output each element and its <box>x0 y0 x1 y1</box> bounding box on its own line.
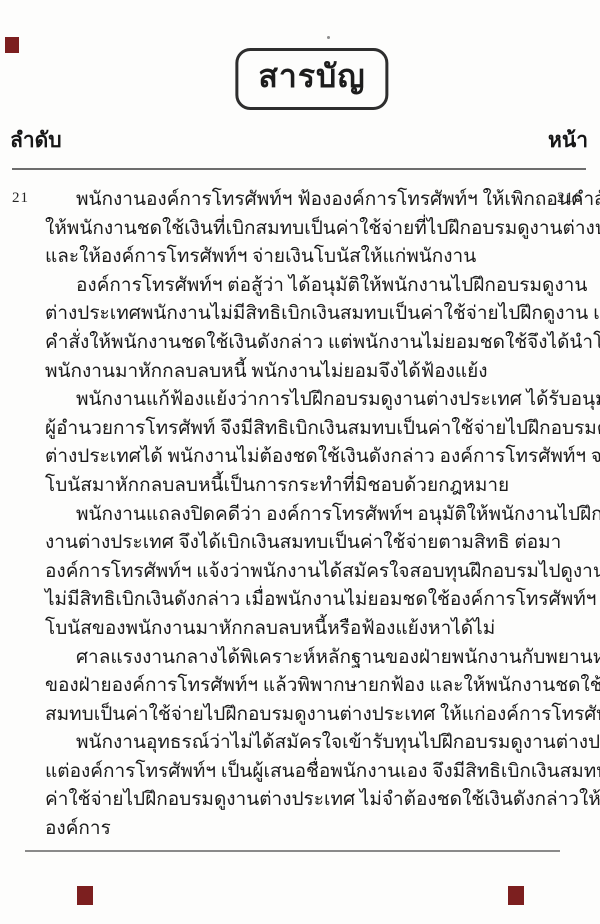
toc-title-box: สารบัญ <box>235 48 388 110</box>
toc-line: ศาลแรงงานกลางได้พิเคราะห์หลักฐานของฝ่ายพ… <box>45 644 555 673</box>
page-column-header: หน้า <box>548 124 588 157</box>
toc-line: และให้องค์การโทรศัพท์ฯ จ่ายเงินโบนัสให้แ… <box>45 243 555 272</box>
toc-line: โบนัสมาหักกลบลบหนี้เป็นการกระทำที่มิชอบด… <box>45 472 555 501</box>
toc-line: คำสั่งให้พนักงานชดใช้เงินดังกล่าว แต่พนั… <box>45 329 555 358</box>
toc-line: ต่างประเทศได้ พนักงานไม่ต้องชดใช้เงินดัง… <box>45 443 555 472</box>
toc-line: พนักงานแถลงปิดคดีว่า องค์การโทรศัพท์ฯ อน… <box>45 501 555 530</box>
toc-line: พนักงานองค์การโทรศัพท์ฯ ฟ้ององค์การโทรศั… <box>45 186 555 215</box>
toc-line: องค์การโทรศัพท์ฯ ต่อสู้ว่า ได้อนุมัติให้… <box>45 272 555 301</box>
paragraph: พนักงานอุทธรณ์ว่าไม่ได้สมัครใจเข้ารับทุน… <box>45 729 555 843</box>
page-title: สารบัญ <box>258 57 365 95</box>
toc-line: พนักงานอุทธรณ์ว่าไม่ได้สมัครใจเข้ารับทุน… <box>45 729 555 758</box>
toc-line: งานต่างประเทศ จึงได้เบิกเงินสมทบเป็นค่าใ… <box>45 529 555 558</box>
footer-rule <box>25 850 560 852</box>
paragraph: องค์การโทรศัพท์ฯ ต่อสู้ว่า ได้อนุมัติให้… <box>45 272 555 386</box>
toc-line: แต่องค์การโทรศัพท์ฯ เป็นผู้เสนอชื่อพนักง… <box>45 758 555 787</box>
toc-line: ผู้อำนวยการโทรศัพท์ จึงมีสิทธิเบิกเงินสม… <box>45 415 555 444</box>
scan-speck <box>327 36 330 39</box>
toc-line: ของฝ่ายองค์การโทรศัพท์ฯ แล้วพิพากษายกฟ้อ… <box>45 672 555 701</box>
toc-line: โบนัสของพนักงานมาหักกลบลบหนี้หรือฟ้องแย้… <box>45 615 555 644</box>
toc-line: สมทบเป็นค่าใช้จ่ายไปฝึกอบรมดูงานต่างประเ… <box>45 701 555 730</box>
toc-line: ค่าใช้จ่ายไปฝึกอบรมดูงานต่างประเทศ ไม่จำ… <box>45 786 555 815</box>
paragraph: ศาลแรงงานกลางได้พิเคราะห์หลักฐานของฝ่ายพ… <box>45 644 555 730</box>
red-stamp-mark-bottom-left <box>77 886 93 905</box>
paragraph: พนักงานองค์การโทรศัพท์ฯ ฟ้ององค์การโทรศั… <box>45 186 555 272</box>
paragraph: พนักงานแก้ฟ้องแย้งว่าการไปฝึกอบรมดูงานต่… <box>45 386 555 500</box>
toc-line: ไม่มีสิทธิเบิกเงินดังกล่าว เมื่อพนักงานไ… <box>45 586 555 615</box>
toc-line: องค์การ <box>45 815 555 844</box>
scanned-toc-page: สารบัญ ลำดับ หน้า 21 216 พนักงานองค์การโ… <box>0 0 600 924</box>
toc-line: ต่างประเทศพนักงานไม่มีสิทธิเบิกเงินสมทบเ… <box>45 300 555 329</box>
red-stamp-mark-top-left <box>5 37 19 53</box>
entry-text-column: พนักงานองค์การโทรศัพท์ฯ ฟ้ององค์การโทรศั… <box>45 186 555 844</box>
order-column-header: ลำดับ <box>10 124 62 157</box>
toc-line: พนักงานแก้ฟ้องแย้งว่าการไปฝึกอบรมดูงานต่… <box>45 386 555 415</box>
column-header-row: ลำดับ หน้า <box>10 124 588 157</box>
paragraph: พนักงานแถลงปิดคดีว่า องค์การโทรศัพท์ฯ อน… <box>45 501 555 644</box>
entry-number: 21 <box>12 190 29 207</box>
toc-line: องค์การโทรศัพท์ฯ แจ้งว่าพนักงานได้สมัครใ… <box>45 558 555 587</box>
toc-line: ให้พนักงานชดใช้เงินที่เบิกสมทบเป็นค่าใช้… <box>45 215 555 244</box>
header-rule <box>12 168 586 170</box>
toc-line: พนักงานมาหักกลบลบหนี้ พนักงานไม่ยอมจึงได… <box>45 358 555 387</box>
red-stamp-mark-bottom-right <box>508 886 524 905</box>
